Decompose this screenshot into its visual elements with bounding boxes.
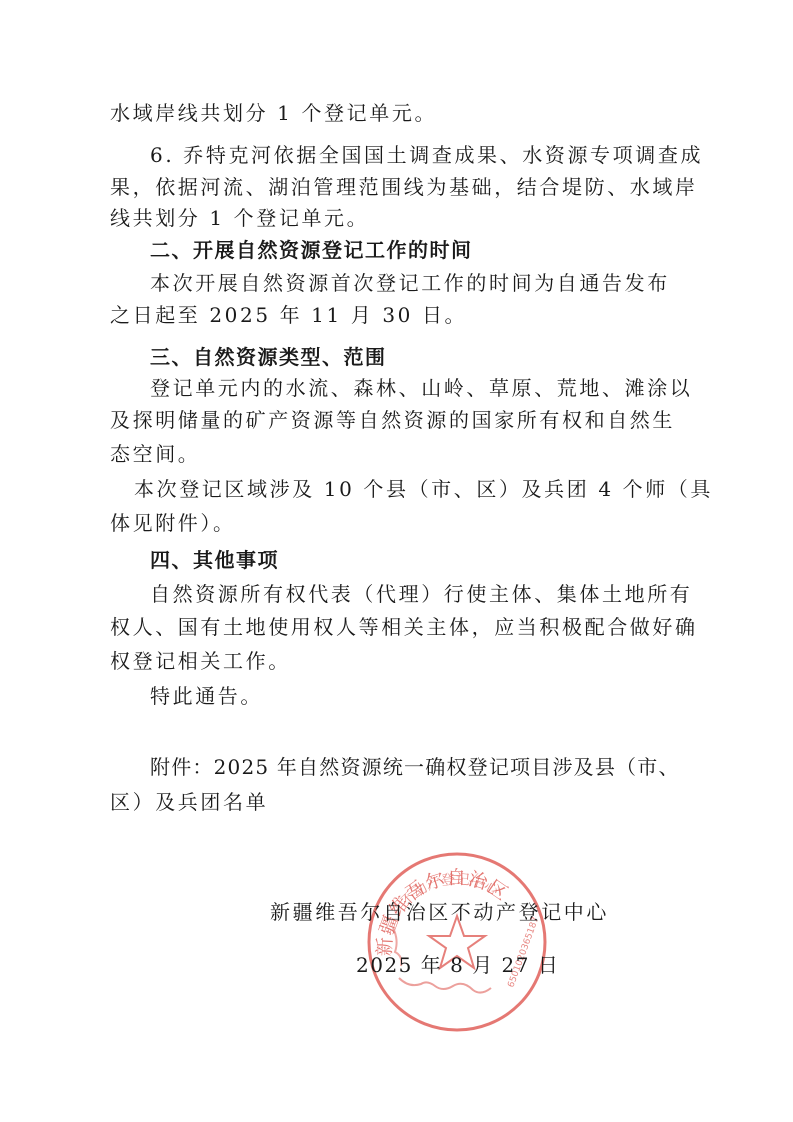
body-line: 及探明储量的矿产资源等自然资源的国家所有权和自然生 [110,408,685,432]
body-line: 登记单元内的水流、森林、山岭、草原、荒地、滩涂以 [150,376,685,400]
body-line: 本次开展自然资源首次登记工作的时间为自通告发布 [150,271,685,295]
body-line: 水域岸线共划分 1 个登记单元。 [110,101,685,125]
official-seal-icon: 新疆维吾尔自治区 不动产登记中心 6501020365187 [363,848,551,1036]
section-heading: 二、开展自然资源登记工作的时间 [150,238,725,262]
body-line: 之日起至 2025 年 11 月 30 日。 [110,303,685,327]
body-line: 态空间。 [110,442,685,466]
issue-date: 2025 年 8 月 27 日 [356,953,559,977]
body-line: 权登记相关工作。 [110,649,685,673]
body-line: 果，依据河流、湖泊管理范围线为基础，结合堤防、水域岸 [110,175,685,199]
attachment-line: 区）及兵团名单 [110,790,685,814]
body-line: 线共划分 1 个登记单元。 [110,206,685,230]
body-line: 体见附件）。 [110,511,685,535]
body-line: 自然资源所有权代表（代理）行使主体、集体土地所有 [150,582,685,606]
issuing-organization: 新疆维吾尔自治区不动产登记中心 [270,900,609,924]
document-page: 水域岸线共划分 1 个登记单元。 6. 乔特克河依据全国国土调查成果、水资源专项… [0,0,793,1122]
section-heading: 四、其他事项 [150,548,725,572]
body-line: 特此通告。 [150,684,685,708]
attachment-line: 附件：2025 年自然资源统一确权登记项目涉及县（市、 [150,755,685,779]
body-line: 本次登记区域涉及 10 个县（市、区）及兵团 4 个师（具 [134,477,685,501]
body-line: 6. 乔特克河依据全国国土调查成果、水资源专项调查成 [150,143,685,167]
section-heading: 三、自然资源类型、范围 [150,345,725,369]
body-line: 权人、国有土地使用权人等相关主体，应当积极配合做好确 [110,615,685,639]
